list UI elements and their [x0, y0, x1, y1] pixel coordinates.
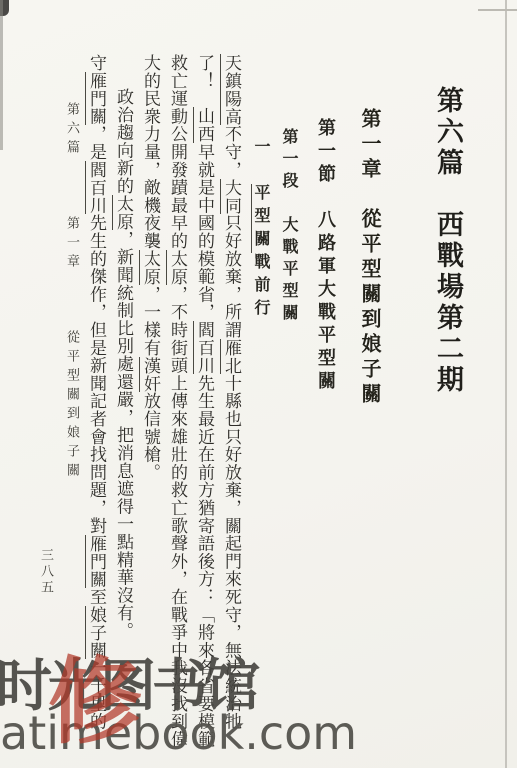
text-run: 戰前行 — [252, 253, 271, 322]
proper-noun: 天鎮 — [220, 54, 241, 90]
text-run: 早就是中國的模範省， — [194, 143, 214, 321]
proper-noun: 太原 — [166, 250, 187, 286]
proper-noun: 雁門關 — [85, 535, 106, 588]
proper-noun: 大同 — [220, 179, 241, 215]
text-run: 守 — [86, 54, 106, 72]
book-page: 第六篇 西戰場第二期 第一章 從平型關到娘子關 第一節 八路軍大戰平型關 第一段… — [0, 0, 517, 768]
proper-noun: 雁門關 — [85, 72, 106, 125]
text-run: 大的民衆力量，敵機夜襲 — [140, 54, 160, 250]
scan-edge-line-top — [478, 9, 517, 11]
section-title: 第一節 八路軍大戰平型關 — [312, 118, 338, 394]
proper-noun: 閻百川 — [193, 321, 214, 374]
text-run: 了！ — [194, 54, 214, 107]
page-number: 三八五 — [36, 548, 55, 596]
proper-noun: 陽高 — [220, 90, 241, 126]
proper-noun: 平型關 — [251, 184, 271, 253]
text-run: 一 — [252, 138, 271, 184]
proper-noun: 閻百川 — [85, 161, 106, 214]
item-title: 一 平型關戰前行 — [250, 138, 273, 322]
scan-edge-line-right — [505, 0, 507, 768]
text-run: 救亡運動公開發蹟最早的 — [167, 54, 187, 250]
proper-noun: 山西 — [193, 107, 214, 143]
text-run: 放信號槍。 — [140, 392, 160, 481]
part-title: 第六篇 西戰場第二期 — [428, 86, 467, 396]
text-run: 先生的傑作，但是新聞記者會找問題，對 — [86, 214, 106, 534]
proper-noun: 太原 — [139, 250, 160, 286]
proper-noun: 漢奸 — [139, 357, 160, 393]
text-run: ，一樣有 — [140, 285, 160, 356]
text-run: 不守， — [221, 125, 241, 178]
chapter-title: 第一章 從平型關到娘子關 — [356, 108, 385, 408]
text-run: 只好放棄，所謂 — [221, 214, 241, 339]
scan-edge-smudge-left — [0, 0, 3, 150]
proper-noun: 太原 — [112, 195, 133, 231]
watermark-red-glyph: 修 — [48, 626, 142, 761]
text-run: ，新聞統制比別處還嚴，把消息遮得一點精華沒有。 — [113, 230, 133, 639]
text-run: ，是 — [86, 125, 106, 161]
margin-running-title: 第六篇 第一章 從平型關到娘子關 — [62, 102, 81, 482]
proper-noun: 雁北 — [220, 339, 241, 375]
subsection-title: 第一段 大戰平型關 — [278, 128, 301, 326]
text-run: 至 — [86, 588, 106, 606]
text-run: 政治趨向新的 — [113, 88, 133, 195]
